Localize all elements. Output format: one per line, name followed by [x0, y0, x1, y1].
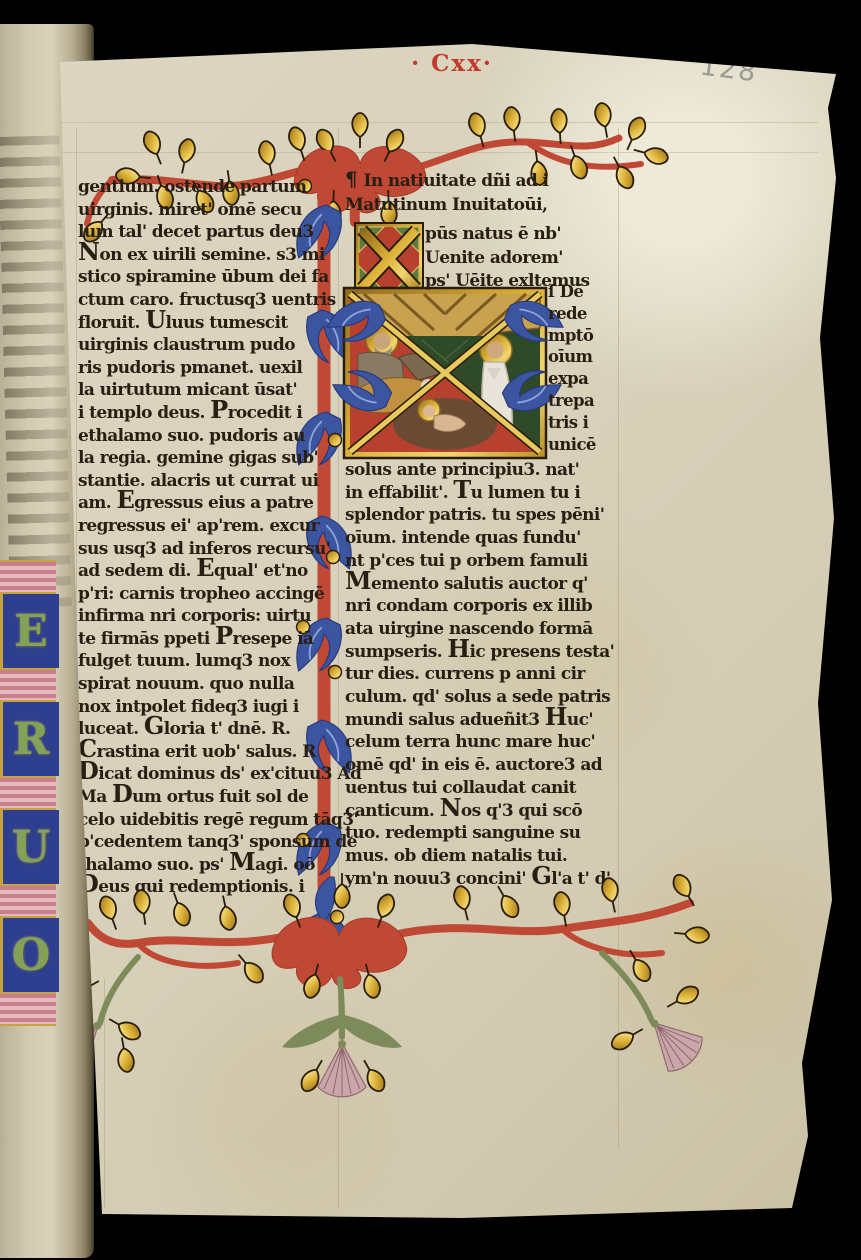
text-line: am. Egressus eius a patre	[78, 492, 344, 515]
left-text-column: gentium. ostende partumuirginis. miret' …	[78, 176, 344, 899]
text-line: canticum. Nos q'3 qui scō	[345, 800, 623, 823]
text-line: floruit. Uluus tumescit	[78, 312, 344, 335]
nativity-miniature	[344, 288, 546, 458]
text-line: infirma nri corporis: uirtu	[78, 605, 344, 628]
text-line: omē qd' in eis ē. auctore3 ad	[345, 754, 623, 777]
text-line: ctum caro. fructusq3 uentris	[78, 289, 344, 312]
text-line: p'cedentem tanq3' sponsum de	[78, 831, 344, 854]
text-line: unicē	[548, 434, 628, 456]
text-line: ata uirgine nascendo formā	[345, 618, 623, 641]
text-line: celum terra hunc mare huc'	[345, 731, 623, 754]
illuminated-initial-x	[354, 222, 424, 296]
text-line: Crastina erit uob' salus. R	[78, 741, 344, 764]
edge-ornament-band	[0, 884, 56, 918]
text-line: culum. qd' solus a sede patris	[345, 686, 623, 709]
text-line: ſ Dē	[548, 281, 628, 303]
text-line: in effabilit'. Tu lumen tu i	[345, 482, 623, 505]
text-line: uentus tui collaudat canit	[345, 777, 623, 800]
text-line: nox intpolet fideq3 iugi i	[78, 696, 344, 719]
previous-page-display-letters: ERUO	[0, 560, 60, 1026]
text-line: thalamo suo. ps' Magi. oō	[78, 854, 344, 877]
text-line: nri condam corporis ex illib	[345, 595, 623, 618]
edge-display-letter: U	[0, 810, 59, 884]
text-line: tur dies. currens p anni cir	[345, 663, 623, 686]
edge-display-letter: R	[0, 702, 59, 776]
text-line: ad sedem di. Equal' et'no	[78, 560, 344, 583]
text-line: mundi salus adueñit3 Huc'	[345, 709, 623, 732]
rubric-heading: ¶ In natiuitate dñi ad iMatutinum Inuita…	[345, 169, 548, 217]
text-line: te firmās ppeti Presepe iā	[78, 628, 344, 651]
text-line: nt p'ces tui p orbem famuli	[345, 550, 623, 573]
text-line: solus ante principiu3. nat'	[345, 459, 623, 482]
text-line: Ma Dum ortus fuit sol de	[78, 786, 344, 809]
edge-ornament-band	[0, 776, 56, 810]
text-line: luceat. Gloria t' dnē. R.	[78, 718, 344, 741]
folio-number: · Cxx·	[382, 50, 522, 77]
text-line: gentium. ostende partum	[78, 176, 344, 199]
text-line: Memento salutis auctor q'	[345, 573, 623, 596]
text-line: Uenite adorem'	[425, 247, 589, 271]
text-line: pūs natus ē nb'	[425, 223, 589, 247]
text-line: fulget tuum. lumq3 nox	[78, 650, 344, 673]
text-line: stico spiramine ūbum dei fa	[78, 266, 344, 289]
text-line: tris i	[548, 412, 628, 434]
text-line: celo uidebitis regē regum tāq3'	[78, 809, 344, 832]
edge-display-letter: E	[0, 594, 59, 668]
manuscript-page: · Cxx· 128	[42, 38, 844, 1222]
right-text-column: solus ante principiu3. nat'in effabilit'…	[345, 459, 623, 890]
text-line: p'ri: carnis tropheo accingē	[78, 583, 344, 606]
text-line: trepa	[548, 390, 628, 412]
text-line: mptō	[548, 325, 628, 347]
hymn-lines-beside-miniature: ſ Dēredemptōoīumexpatrepatris iunicē	[548, 281, 628, 455]
text-line: Non ex uirili semine. s3 mi	[78, 244, 344, 267]
text-line: oīum. intende quas fundu'	[345, 527, 623, 550]
text-line: mus. ob diem natalis tui.	[345, 845, 623, 868]
manuscript-photo: ERUO · Cxx· 128	[0, 0, 861, 1260]
bottom-border-vine	[42, 875, 732, 1175]
text-line: tuo. redempti sanguine su	[345, 822, 623, 845]
text-line: uirginis. miret' omē secu	[78, 199, 344, 222]
text-line: oīum	[548, 346, 628, 368]
edge-ornament-band	[0, 560, 56, 594]
text-line: ethalamo suo. pudoris au	[78, 425, 344, 448]
text-line: rede	[548, 303, 628, 325]
text-line: splendor patris. tu spes pēni'	[345, 504, 623, 527]
text-line: ¶ In natiuitate dñi ad i	[345, 169, 548, 193]
edge-ornament-band	[0, 992, 56, 1026]
text-line: spirat nouum. quo nulla	[78, 673, 344, 696]
text-line: regressus ei' ap'rem. excur	[78, 515, 344, 538]
text-line: ris pudoris pmanet. uexil	[78, 357, 344, 380]
pencil-foliation: 128	[698, 51, 759, 89]
text-line: uirginis claustrum pudo	[78, 334, 344, 357]
edge-ornament-band	[0, 668, 56, 702]
text-line: Matutinum Inuitatoūi,	[345, 193, 548, 217]
text-line: sumpseris. Hic presens testa'	[345, 641, 623, 664]
edge-display-letter: O	[0, 918, 59, 992]
text-line: la regia. gemine gigas sub'	[78, 447, 344, 470]
text-line: lum tal' decet partus deu3	[78, 221, 344, 244]
previous-page-text-fragment	[0, 135, 72, 614]
text-line: i templo deus. Procedit i	[78, 402, 344, 425]
text-line: expa	[548, 368, 628, 390]
